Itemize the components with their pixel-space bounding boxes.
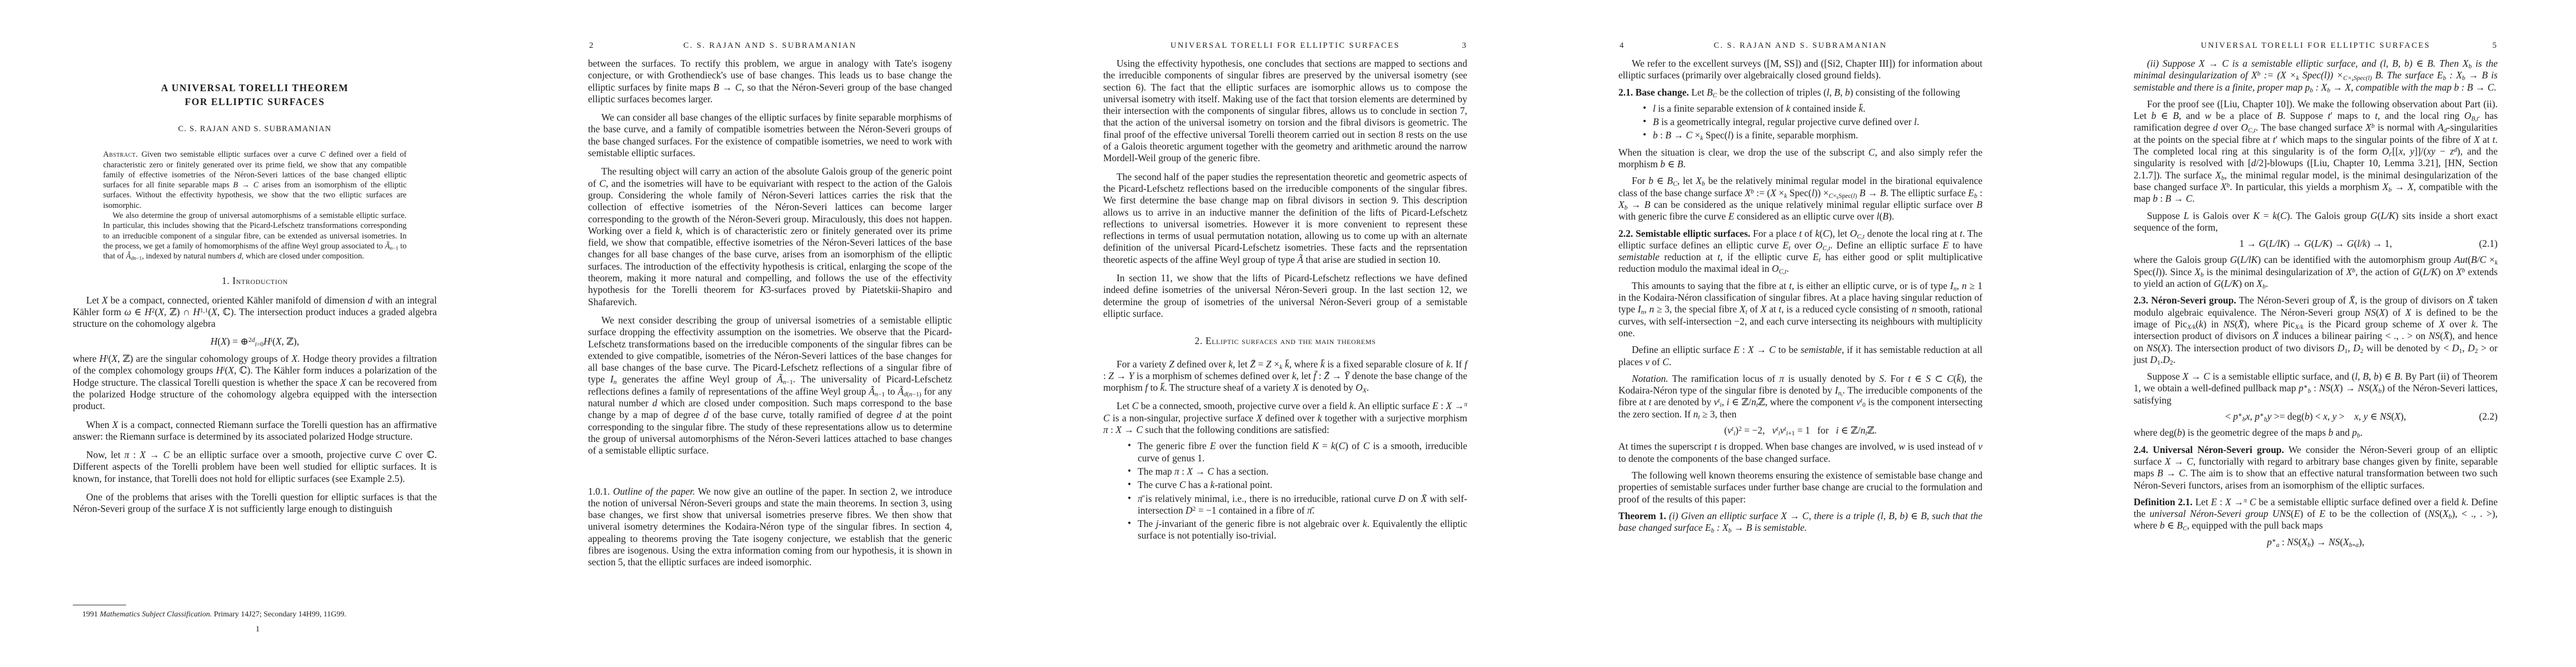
page-4-content: We refer to the excellent surveys ([M, S… [1618,58,1982,534]
running-head: C. S. RAJAN AND S. SUBRAMANIAN [588,41,952,51]
bullet-icon: • [1643,129,1646,141]
theorem-1: Theorem 1. (i) Given an elliptic surface… [1618,510,1982,534]
subsection-base-change: 2.1. Base change. Let BC be the collecti… [1618,87,1982,98]
page-3: UNIVERSAL TORELLI FOR ELLIPTIC SURFACES … [1030,0,1546,667]
page-5: UNIVERSAL TORELLI FOR ELLIPTIC SURFACES … [2061,0,2576,667]
formula-text: < p∗bx, p∗by >= deg(b) < x, y > x, y ∈ N… [2225,411,2406,422]
subsection-semistable: 2.2. Semistable elliptic surfaces. For a… [1618,228,1982,275]
bullet-icon: • [1128,440,1131,451]
display-formula-exact-sequence: 1 → G(L/lK) → G(L/K) → G(l/k) → 1,(2.1) [2134,238,2498,250]
subsection-number: 1.0.1. [588,486,610,497]
paragraph: In section 11, we show that the lifts of… [1103,272,1467,320]
subsection-heading: 2.1. Base change. [1618,87,1689,98]
list-item: •B is a geometrically integral, regular … [1618,116,1982,128]
list-item: •The generic fibre E over the function f… [1103,440,1467,464]
paragraph: When the situation is clear, we drop the… [1618,147,1982,171]
page-number: 4 [1620,41,1624,51]
subsection-neron-severi: 2.3. Néron-Severi group. The Néron-Sever… [2134,295,2498,366]
paragraph: Suppose L is Galois over K = k(C). The G… [2134,210,2498,234]
paragraph: At times the superscript t is dropped. W… [1618,441,1982,465]
page-3-content: Using the effectivity hypothesis, one co… [1103,58,1467,542]
paragraph: where the Galois group G(L/lK) can be id… [2134,254,2498,290]
paragraph: Now, let π : X → C be an elliptic surfac… [73,449,437,485]
theorem-1-part-ii: (ii) Suppose X → C is a semistable ellip… [2134,58,2498,93]
formula-text: p∗a : NS(Xb) → NS(Xb∘a), [2267,536,2364,547]
list-item-text: The map π : X → C has a section. [1138,466,1268,477]
authors: C. S. RAJAN AND S. SUBRAMANIAN [73,123,437,135]
list-item: •The map π : X → C has a section. [1103,466,1467,477]
subsection-text: Let BC be the collection of triples (l, … [1691,87,1960,98]
paragraph: Suppose X → C is a semistable elliptic s… [2134,371,2498,406]
subsection-text: Outline of the paper. We now give an out… [588,486,952,568]
page-2-content: between the surfaces. To rectify this pr… [588,58,952,569]
paragraph: We can consider all base changes of the … [588,112,952,159]
abstract-text: Given two semistable elliptic surfaces o… [103,150,407,210]
formula-text: (vti)2 = −2, vtivti+1 = 1 for i ∈ ℤ/ntℤ. [1724,425,1877,436]
paragraph: One of the problems that arises with the… [73,491,437,515]
display-formula-cohomology: H(X) = ⊕2di=0Hi(X, ℤ), [73,336,437,347]
list-item-text: The generic fibre E over the function fi… [1138,440,1467,463]
bullet-icon: • [1643,102,1646,114]
equation-number: (2.2) [2479,411,2498,422]
bullet-list: •l is a finite separable extension of k … [1618,103,1982,142]
page-number-footer: 1 [0,625,515,634]
bullet-icon: • [1128,517,1131,529]
paragraph: where Hi(X, ℤ) are the singular cohomolo… [73,353,437,412]
section-heading-introduction: 1. Introduction [73,275,437,287]
subsection-heading: 2.3. Néron-Severi group. [2134,295,2236,306]
list-item-text: π̄ is relatively minimal, i.e., there is… [1138,493,1467,516]
formula-text: H(X) = ⊕2di=0Hi(X, ℤ), [211,336,300,347]
display-formula-pullback: p∗a : NS(Xb) → NS(Xb∘a), [2134,536,2498,548]
running-head: UNIVERSAL TORELLI FOR ELLIPTIC SURFACES [1103,41,1467,51]
abstract-paragraph: We also determine the group of universal… [103,211,407,261]
page-1: A UNIVERSAL TORELLI THEOREM FOR ELLIPTIC… [0,0,515,667]
paper-title-line-2: FOR ELLIPTIC SURFACES [73,95,437,109]
definition-label: Definition 2.1. [2134,496,2193,507]
bullet-icon: • [1643,116,1646,127]
list-item-text: B is a geometrically integral, regular p… [1653,116,1919,127]
page-1-content: A UNIVERSAL TORELLI THEOREM FOR ELLIPTIC… [73,81,437,515]
list-item-text: b : B → C ×k Spec(l) is a finite, separa… [1653,130,1858,141]
page-header: 2 C. S. RAJAN AND S. SUBRAMANIAN [588,41,952,53]
abstract-paragraph: Abstract. Given two semistable elliptic … [103,150,407,211]
theorem-label: Theorem 1. [1618,510,1666,521]
notation-label: Notation. [1632,373,1668,384]
bullet-icon: • [1128,465,1131,477]
abstract: Abstract. Given two semistable elliptic … [103,150,407,261]
footnote-rule [73,605,126,605]
paragraph: Using the effectivity hypothesis, one co… [1103,58,1467,165]
paragraph: This amounts to saying that the fibre at… [1618,280,1982,339]
page-5-content: (ii) Suppose X → C is a semistable ellip… [2134,58,2498,552]
theorem-text: (i) Given an elliptic surface X → C, the… [1618,510,1982,533]
paper-scan-canvas: arXiv:1706.00564v2 [math.AG] 16 Jul 2017… [0,0,2576,667]
formula-text: 1 → G(L/lK) → G(L/K) → G(l/k) → 1, [2239,238,2392,249]
subsection-heading: 2.4. Universal Néron-Severi group. [2134,444,2284,455]
paragraph: Define an elliptic surface E : X → C to … [1618,344,1982,368]
list-item: •b : B → C ×k Spec(l) is a finite, separ… [1618,130,1982,141]
bullet-icon: • [1128,479,1131,490]
paragraph: The following well known theorems ensuri… [1618,470,1982,505]
running-head: C. S. RAJAN AND S. SUBRAMANIAN [1618,41,1982,51]
running-head: UNIVERSAL TORELLI FOR ELLIPTIC SURFACES [2134,41,2498,51]
paragraph: For a variety Z defined over k, let Z̄ =… [1103,359,1467,394]
paragraph: When X is a compact, connected Riemann s… [73,419,437,443]
paragraph: The resulting object will carry an actio… [588,166,952,308]
footnote-msc: 1991 Mathematics Subject Classification.… [73,610,437,619]
subsection-outline: 1.0.1. Outline of the paper. We now give… [588,486,952,569]
page-number: 3 [1462,41,1467,51]
display-formula-components: (vti)2 = −2, vtivti+1 = 1 for i ∈ ℤ/ntℤ. [1618,425,1982,436]
paragraph: Let C be a connected, smooth, projective… [1103,400,1467,436]
subsection-universal-neron-severi: 2.4. Universal Néron-Severi group. We co… [2134,444,2498,491]
bullet-list: •The generic fibre E over the function f… [1103,440,1467,541]
paragraph: For the proof see ([Liu, Chapter 10]). W… [2134,98,2498,205]
section-heading-elliptic-surfaces: 2. Elliptic surfaces and the main theore… [1103,335,1467,347]
page-header: 4 C. S. RAJAN AND S. SUBRAMANIAN [1618,41,1982,53]
list-item-text: The curve C has a k-rational point. [1138,479,1273,490]
paragraph: Let X be a compact, connected, oriented … [73,295,437,330]
page-header: UNIVERSAL TORELLI FOR ELLIPTIC SURFACES … [2134,41,2498,53]
subsection-heading: 2.2. Semistable elliptic surfaces. [1618,228,1750,239]
page-header: UNIVERSAL TORELLI FOR ELLIPTIC SURFACES … [1103,41,1467,53]
page-number: 2 [589,41,594,51]
paragraph-notation: Notation. The ramification locus of π is… [1618,373,1982,420]
paper-title-line-1: A UNIVERSAL TORELLI THEOREM [73,81,437,95]
paragraph: We refer to the excellent surveys ([M, S… [1618,58,1982,82]
list-item: •The curve C has a k-rational point. [1103,479,1467,491]
paragraph: The second half of the paper studies the… [1103,171,1467,266]
definition-2-1: Definition 2.1. Let E : X →π C be a semi… [2134,496,2498,532]
abstract-label: Abstract. [103,150,138,159]
bullet-icon: • [1128,492,1131,504]
notation-text: The ramification locus of π is usually d… [1618,373,1982,420]
paragraph: where deg(b) is the geometric degree of … [2134,427,2498,439]
list-item: •l is a finite separable extension of k … [1618,103,1982,115]
equation-number: (2.1) [2479,238,2498,250]
list-item: •π̄ is relatively minimal, i.e., there i… [1103,493,1467,517]
paragraph: We next consider describing the group of… [588,315,952,457]
paragraph: For b ∈ BC, let Xb be the relatively min… [1618,175,1982,222]
display-formula-pairing: < p∗bx, p∗by >= deg(b) < x, y > x, y ∈ N… [2134,411,2498,422]
page-4: 4 C. S. RAJAN AND S. SUBRAMANIAN We refe… [1546,0,2061,667]
list-item: •The j-invariant of the generic fibre is… [1103,518,1467,542]
paragraph: between the surfaces. To rectify this pr… [588,58,952,105]
page-2: 2 C. S. RAJAN AND S. SUBRAMANIAN between… [515,0,1030,667]
page-number: 5 [2493,41,2497,51]
list-item-text: The j-invariant of the generic fibre is … [1138,518,1467,541]
list-item-text: l is a finite separable extension of k c… [1653,103,1865,114]
